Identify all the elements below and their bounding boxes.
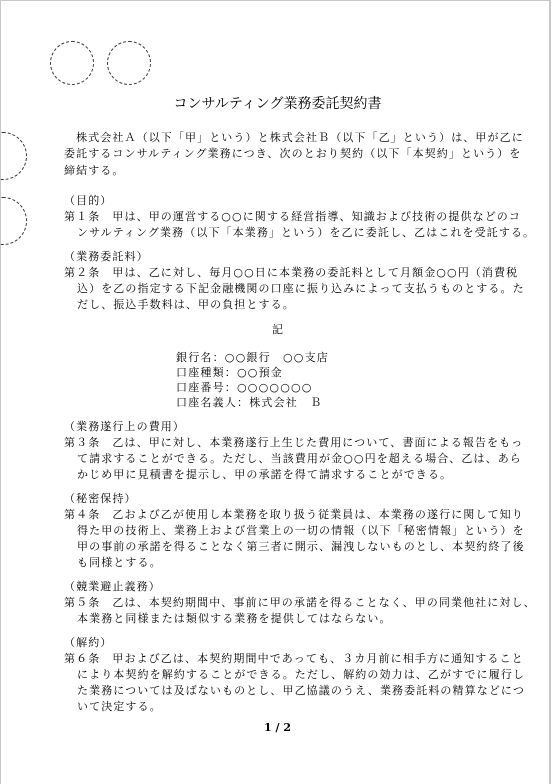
article-line: 第３条 乙は、甲に対し、本業務遂行上生じた費用について、書面による報告をもっ [64,436,523,450]
bank-info-line: 口座番号：○○○○○○○ [176,381,313,395]
bank-info-line: 銀行名：○○銀行 ○○支店 [176,351,329,365]
article-heading: （業務遂行上の費用） [64,420,185,434]
article-line: 第４条 乙および乙が使用し本業務を取り扱う従業員は、本業務の遂行に関して知り [64,508,524,522]
article-line: 第６条 甲および乙は、本契約期間中であっても、３カ月前に相手方に通知すること [64,652,524,666]
article-line: 込）を乙の指定する下記金融機関の口座に振り込みによって支払うものとする。た [77,282,525,296]
article-line: 得た甲の技術上、業務上および営業上の一切の情報（以下「秘密情報」という）を [77,524,525,538]
article-heading: （目的） [64,194,112,208]
intro-line: 株式会社Ａ（以下「甲」という）と株式会社Ｂ（以下「乙」という）は、甲が乙に [64,131,524,145]
bank-info-line: 口座種類：○○預金 [176,366,283,380]
article-line: 第５条 乙は、本契約期間中、事前に甲の承諾を得ることなく、甲の同業他社に対し、 [64,596,536,610]
article-line: により本契約を解約することができる。ただし、解約の効力は、乙がすでに履行し [77,668,525,682]
punch-hole-icon [0,197,27,245]
article-line: だし、振込手数料は、甲の負担とする。 [77,298,295,312]
document-page: コンサルティング業務委託契約書 株式会社Ａ（以下「甲」という）と株式会社Ｂ（以下… [0,0,551,784]
stamp-circle-icon [107,41,151,85]
article-line: 本業務と同様または類似する業務を提供してはならない。 [77,612,392,626]
article-line: た業務については及ばないものとし、甲乙協議のうえ、業務委託料の精算などにつ [77,684,525,698]
article-line: て請求することができる。ただし、当該費用が金○○円を超える場合、乙は、あら [77,452,522,466]
intro-line: 締結する。 [64,164,125,178]
article-line: かじめ甲に見積書を提示し、甲の承諾を得て請求することができる。 [77,468,452,482]
intro-line: 委託するコンサルティング業務につき、次のとおり契約（以下「本契約」という）を [64,147,522,161]
article-heading: （解約） [64,636,112,650]
article-heading: （競業避止義務） [64,580,161,594]
article-heading: （秘密保持） [64,492,137,506]
stamp-circle-icon [50,41,94,85]
article-line: ンサルティング業務（以下「本業務」という）を乙に委託し、乙はこれを受託する。 [77,226,535,240]
article-line: 第１条 甲は、甲の運営する○○に関する経営指導、知識および技術の提供などのコ [64,210,521,224]
article-line: も同様とする。 [77,556,162,570]
article-heading: （業務委託料） [64,250,149,264]
punch-hole-icon [0,132,27,180]
article-line: いて決定する。 [77,700,162,714]
bank-info-line: 口座名義人：株式会社 Ｂ [176,396,322,410]
document-title: コンサルティング業務委託契約書 [1,95,553,113]
article-line: 甲の事前の承諾を得ることなく第三者に開示、漏洩しないものとし、本契約終了後 [77,540,525,554]
article-line: 第２条 甲は、乙に対し、毎月○○日に本業務の委託料として月額金○○円（消費税 [64,266,518,280]
page-number: 1 / 2 [1,721,553,734]
ki-heading: 記 [272,323,283,337]
